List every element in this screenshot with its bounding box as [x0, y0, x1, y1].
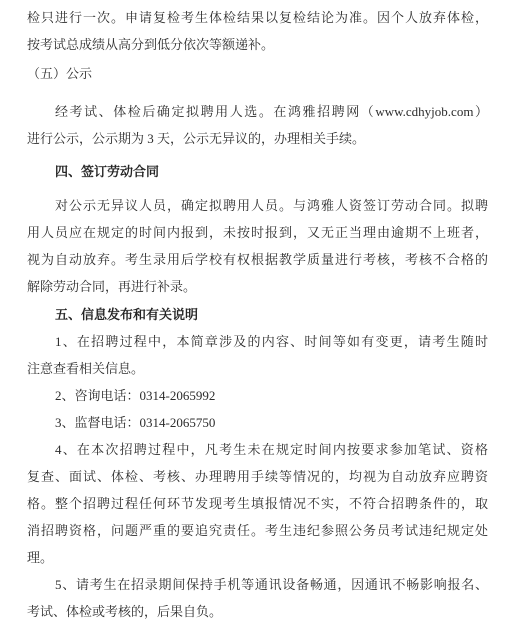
- text-line: 用人员应在规定的时间内报到，未按时报到，又无正当理由逾期不上班者，: [27, 219, 488, 246]
- supervise-phone-line: 3、监督电话：0314-2065750: [27, 409, 488, 436]
- text-line: 注意查看相关信息。: [27, 355, 488, 382]
- text-line: 进行公示，公示期为 3 天，公示无异议的，办理相关手续。: [27, 125, 488, 152]
- text-line: 1、在招聘过程中，本简章涉及的内容、时间等如有变更，请考生随时: [27, 328, 488, 355]
- consult-phone-line: 2、咨询电话：0314-2065992: [27, 382, 488, 409]
- text-line: 复查、面试、体检、考核、办理聘用手续等情况的，均视为自动放弃应聘资: [27, 463, 488, 490]
- text-line: 按考试总成绩从高分到低分依次等额递补。: [27, 31, 488, 58]
- text-line: 检只进行一次。申请复检考生体检结果以复检结论为准。因个人放弃体检，: [27, 4, 488, 31]
- text-line: 经考试、体检后确定拟聘用人选。在鸿雅招聘网（www.cdhyjob.com）: [27, 98, 488, 125]
- heading-info-release: 五、信息发布和有关说明: [27, 301, 488, 328]
- para-supervise-phone: 3、监督电话：0314-2065750: [27, 409, 488, 436]
- para-keep-phone-on: 5、请考生在招录期间保持手机等通讯设备畅通，因通讯不畅影响报名、 考试、体检或考…: [27, 571, 488, 625]
- document-page: 检只进行一次。申请复检考生体检结果以复检结论为准。因个人放弃体检， 按考试总成绩…: [0, 0, 515, 625]
- text-line: 4、在本次招聘过程中，凡考生未在规定时间内按要求参加笔试、资格: [27, 436, 488, 463]
- para-consult-phone: 2、咨询电话：0314-2065992: [27, 382, 488, 409]
- para-info-change: 1、在招聘过程中，本简章涉及的内容、时间等如有变更，请考生随时 注意查看相关信息…: [27, 328, 488, 382]
- para-recheck-continuation: 检只进行一次。申请复检考生体检结果以复检结论为准。因个人放弃体检， 按考试总成绩…: [27, 4, 488, 58]
- text-line: 理。: [27, 544, 488, 571]
- text-line: 视为自动放弃。考生录用后学校有权根据教学质量进行考核，考核不合格的: [27, 246, 488, 273]
- text-line: 格。整个招聘过程任何环节发现考生填报情况不实，不符合招聘条件的，取: [27, 490, 488, 517]
- text-line: 解除劳动合同，再进行补录。: [27, 273, 488, 300]
- text-line: 对公示无异议人员，确定拟聘用人员。与鸿雅人资签订劳动合同。拟聘: [27, 192, 488, 219]
- para-disqualification: 4、在本次招聘过程中，凡考生未在规定时间内按要求参加笔试、资格 复查、面试、体检…: [27, 436, 488, 571]
- para-public-notice: 经考试、体检后确定拟聘用人选。在鸿雅招聘网（www.cdhyjob.com） 进…: [27, 98, 488, 152]
- text-line: 考试、体检或考核的，后果自负。: [27, 598, 488, 625]
- subheading-public-notice: （五）公示: [27, 60, 488, 87]
- para-labor-contract: 对公示无异议人员，确定拟聘用人员。与鸿雅人资签订劳动合同。拟聘 用人员应在规定的…: [27, 192, 488, 300]
- heading-labor-contract: 四、签订劳动合同: [27, 158, 488, 185]
- text-line: 消招聘资格，问题严重的要追究责任。考生违纪参照公务员考试违纪规定处: [27, 517, 488, 544]
- text-line: 5、请考生在招录期间保持手机等通讯设备畅通，因通讯不畅影响报名、: [27, 571, 488, 598]
